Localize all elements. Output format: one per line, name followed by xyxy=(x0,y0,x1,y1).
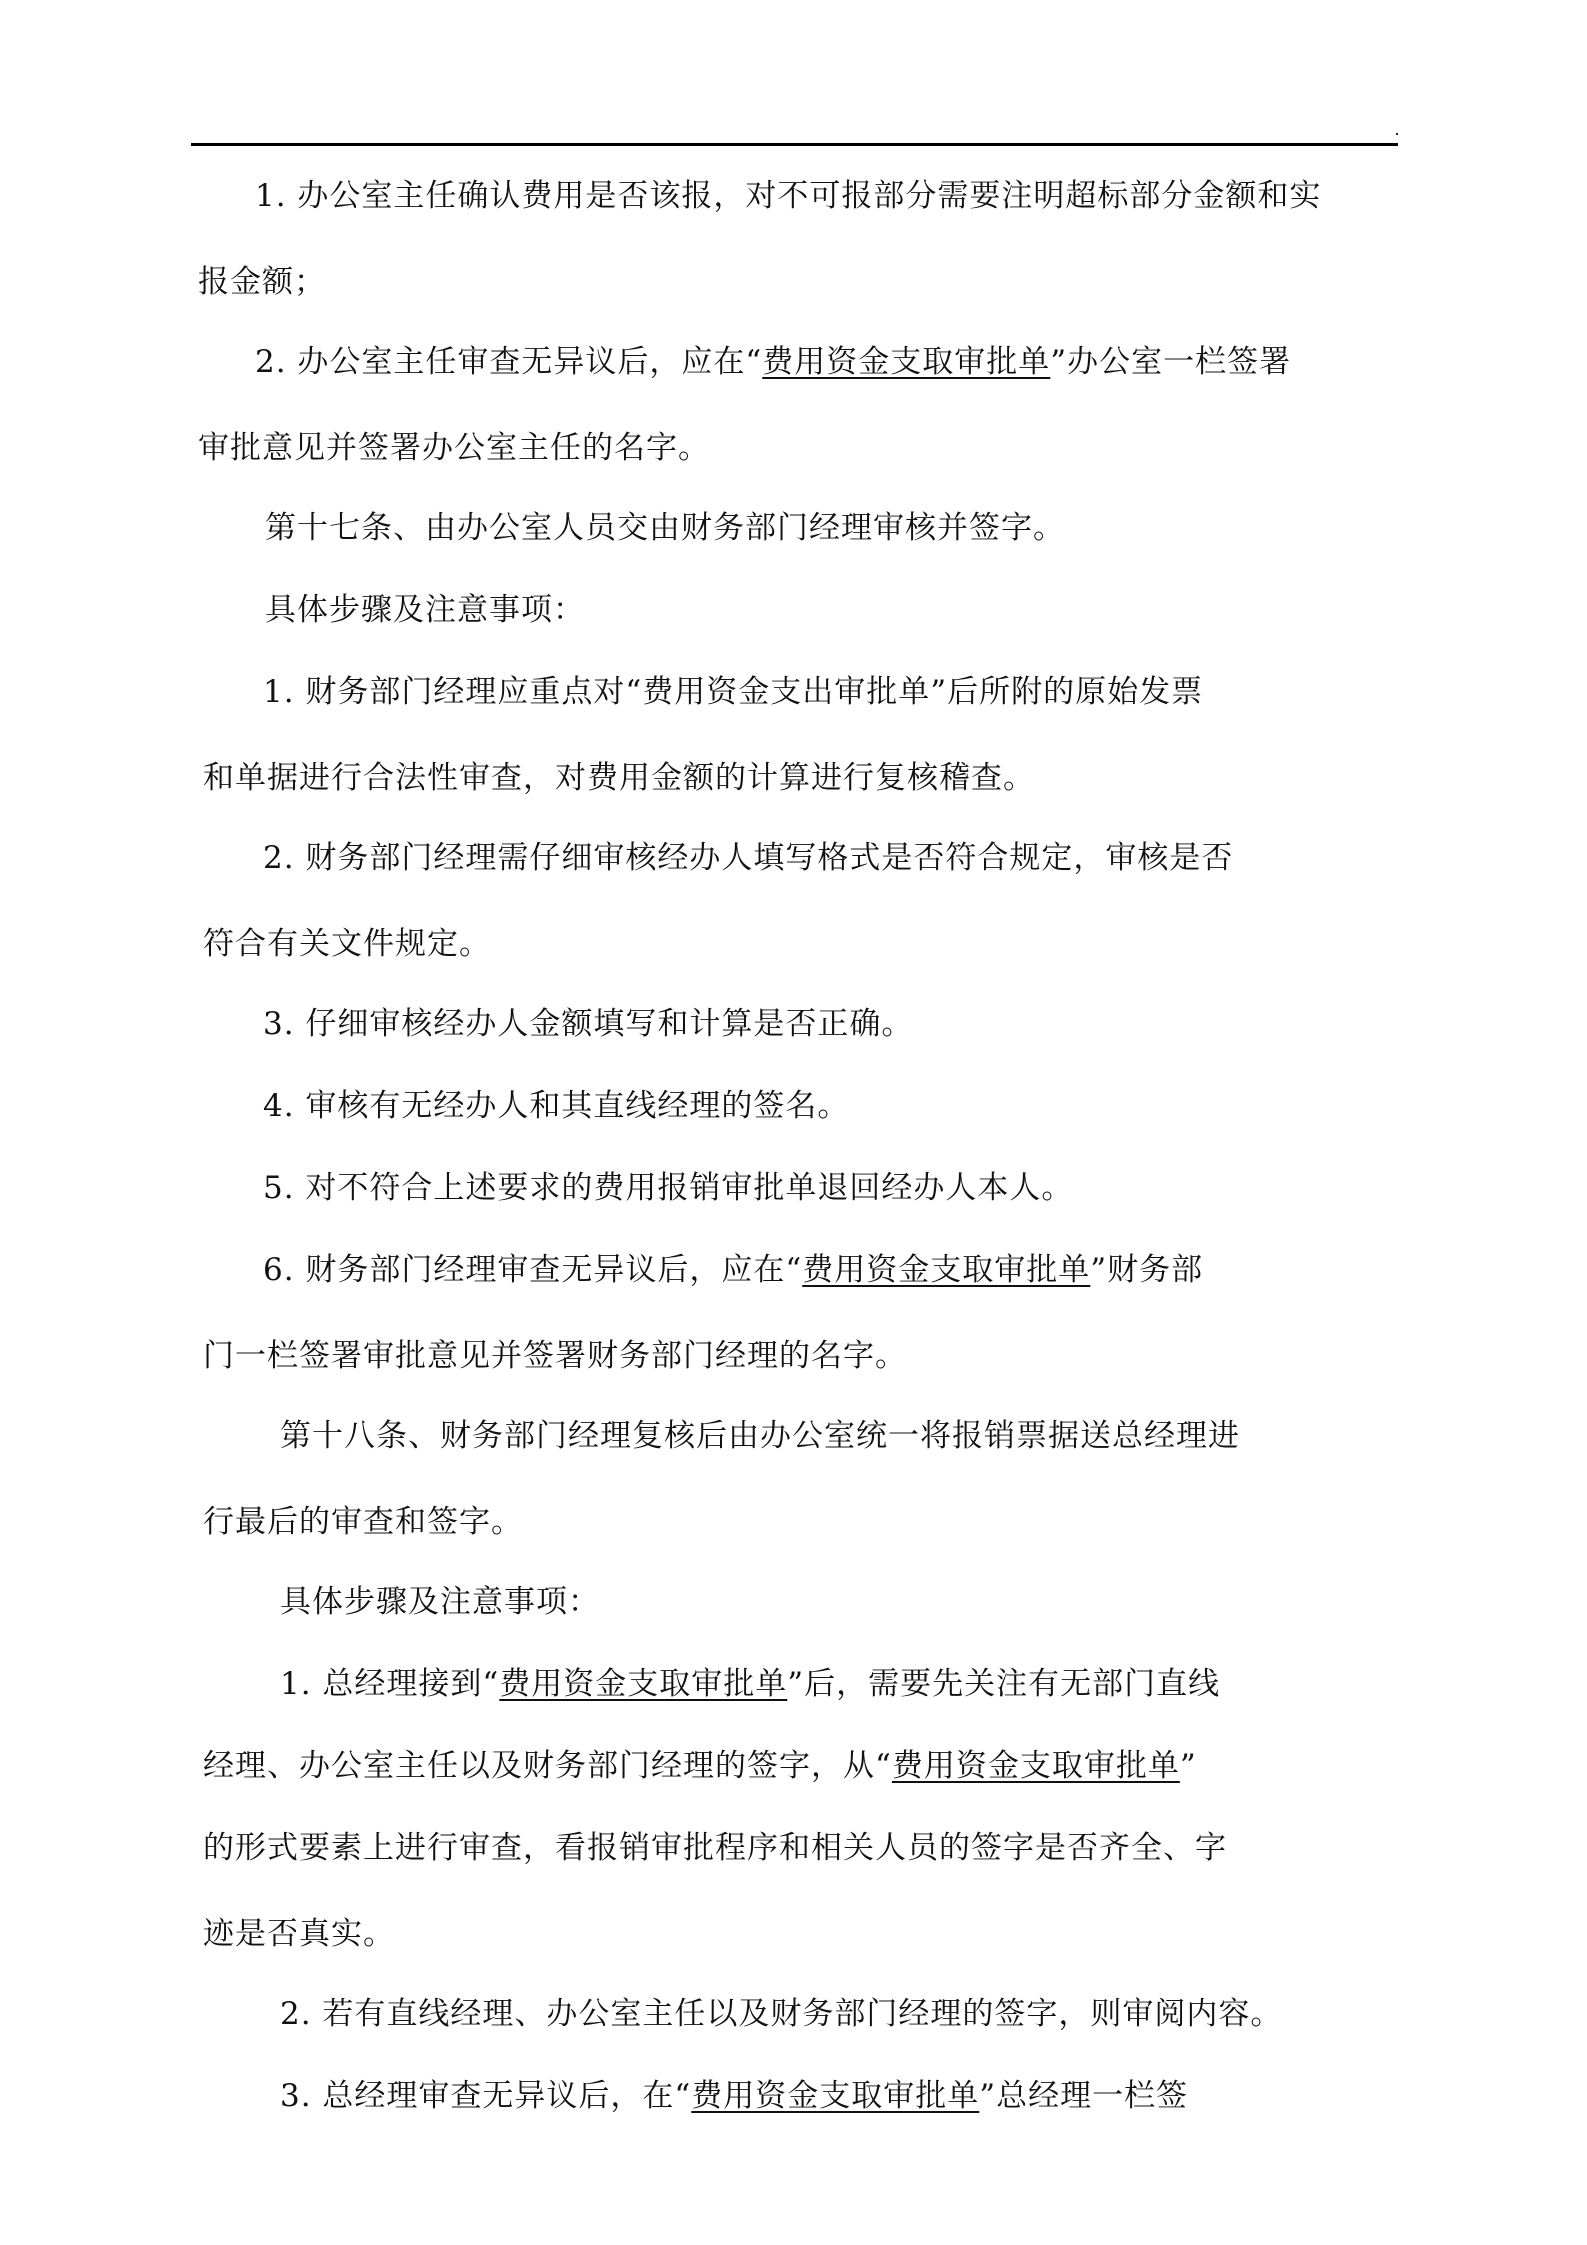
header-marker xyxy=(1396,133,1398,135)
text-line: 1. 总经理接到“费用资金支取审批单”后，需要先关注有无部门直线 xyxy=(280,1664,1220,1704)
line-text: 第十七条、由办公室人员交由财务部门经理审核并签字。 xyxy=(265,510,1065,546)
line-text: 行最后的审查和签字。 xyxy=(203,1504,523,1540)
text-line: 报金额； xyxy=(198,262,326,302)
line-text: 2. 若有直线经理、办公室主任以及财务部门经理的签字，则审阅内容。 xyxy=(280,1996,1282,2032)
line-text-pre: 经理、办公室主任以及财务部门经理的签字，从“ xyxy=(203,1748,892,1784)
text-line: 审批意见并签署办公室主任的名字。 xyxy=(198,428,710,468)
line-text: 4. 审核有无经办人和其直线经理的签名。 xyxy=(263,1088,849,1124)
line-text: 门一栏签署审批意见并签署财务部门经理的名字。 xyxy=(203,1338,907,1374)
text-line: 行最后的审查和签字。 xyxy=(203,1502,523,1542)
text-line: 3. 总经理审查无异议后，在“费用资金支取审批单”总经理一栏签 xyxy=(280,2076,1188,2116)
line-text: 第十八条、财务部门经理复核后由办公室统一将报销票据送总经理进 xyxy=(280,1418,1240,1454)
text-line: 第十七条、由办公室人员交由财务部门经理审核并签字。 xyxy=(265,508,1065,548)
text-line: 和单据进行合法性审查，对费用金额的计算进行复核稽查。 xyxy=(203,758,1035,798)
line-text: 1. 财务部门经理应重点对“费用资金支出审批单”后所附的原始发票 xyxy=(263,674,1203,710)
form-name-link[interactable]: 费用资金支取审批单 xyxy=(892,1748,1180,1784)
text-line: 5. 对不符合上述要求的费用报销审批单退回经办人本人。 xyxy=(263,1168,1073,1208)
line-text: 5. 对不符合上述要求的费用报销审批单退回经办人本人。 xyxy=(263,1170,1073,1206)
line-text-pre: 6. 财务部门经理审查无异议后，应在“ xyxy=(263,1252,802,1288)
line-text-pre: 3. 总经理审查无异议后，在“ xyxy=(280,2078,691,2114)
line-text: 报金额； xyxy=(198,264,326,300)
line-text: 2. 财务部门经理需仔细审核经办人填写格式是否符合规定，审核是否 xyxy=(263,840,1233,876)
text-line: 2. 办公室主任审查无异议后，应在“费用资金支取审批单”办公室一栏签署 xyxy=(255,342,1291,382)
line-text: 审批意见并签署办公室主任的名字。 xyxy=(198,430,710,466)
line-text-pre: 1. 总经理接到“ xyxy=(280,1666,499,1702)
line-text-post: ”财务部 xyxy=(1090,1252,1203,1288)
line-text-post: ” xyxy=(1180,1748,1197,1784)
line-text: 迹是否真实。 xyxy=(203,1916,395,1952)
text-line: 具体步骤及注意事项： xyxy=(280,1582,600,1622)
text-line: 迹是否真实。 xyxy=(203,1914,395,1954)
line-text: 具体步骤及注意事项： xyxy=(280,1584,600,1620)
line-text: 的形式要素上进行审查，看报销审批程序和相关人员的签字是否齐全、字 xyxy=(203,1830,1227,1866)
line-text: 1. 办公室主任确认费用是否该报，对不可报部分需要注明超标部分金额和实 xyxy=(255,178,1321,214)
line-text: 符合有关文件规定。 xyxy=(203,926,491,962)
text-line: 经理、办公室主任以及财务部门经理的签字，从“费用资金支取审批单” xyxy=(203,1746,1197,1786)
text-line: 第十八条、财务部门经理复核后由办公室统一将报销票据送总经理进 xyxy=(280,1416,1240,1456)
text-line: 3. 仔细审核经办人金额填写和计算是否正确。 xyxy=(263,1004,913,1044)
text-line: 的形式要素上进行审查，看报销审批程序和相关人员的签字是否齐全、字 xyxy=(203,1828,1227,1868)
text-line: 4. 审核有无经办人和其直线经理的签名。 xyxy=(263,1086,849,1126)
line-text-post: ”后，需要先关注有无部门直线 xyxy=(787,1666,1220,1702)
line-text: 3. 仔细审核经办人金额填写和计算是否正确。 xyxy=(263,1006,913,1042)
form-name-link[interactable]: 费用资金支取审批单 xyxy=(802,1252,1090,1288)
text-line: 符合有关文件规定。 xyxy=(203,924,491,964)
text-line: 1. 办公室主任确认费用是否该报，对不可报部分需要注明超标部分金额和实 xyxy=(255,176,1321,216)
document-page: 1. 办公室主任确认费用是否该报，对不可报部分需要注明超标部分金额和实报金额；2… xyxy=(0,0,1587,2245)
form-name-link[interactable]: 费用资金支取审批单 xyxy=(499,1666,787,1702)
line-text: 和单据进行合法性审查，对费用金额的计算进行复核稽查。 xyxy=(203,760,1035,796)
form-name-link[interactable]: 费用资金支取审批单 xyxy=(691,2078,979,2114)
line-text-post: ”总经理一栏签 xyxy=(979,2078,1188,2114)
line-text-post: ”办公室一栏签署 xyxy=(1050,344,1291,380)
text-line: 2. 若有直线经理、办公室主任以及财务部门经理的签字，则审阅内容。 xyxy=(280,1994,1282,2034)
line-text: 具体步骤及注意事项： xyxy=(265,592,585,628)
text-line: 具体步骤及注意事项： xyxy=(265,590,585,630)
text-line: 2. 财务部门经理需仔细审核经办人填写格式是否符合规定，审核是否 xyxy=(263,838,1233,878)
form-name-link[interactable]: 费用资金支取审批单 xyxy=(762,344,1050,380)
text-line: 6. 财务部门经理审查无异议后，应在“费用资金支取审批单”财务部 xyxy=(263,1250,1203,1290)
header-rule xyxy=(191,143,1398,146)
line-text-pre: 2. 办公室主任审查无异议后，应在“ xyxy=(255,344,762,380)
text-line: 门一栏签署审批意见并签署财务部门经理的名字。 xyxy=(203,1336,907,1376)
text-line: 1. 财务部门经理应重点对“费用资金支出审批单”后所附的原始发票 xyxy=(263,672,1203,712)
